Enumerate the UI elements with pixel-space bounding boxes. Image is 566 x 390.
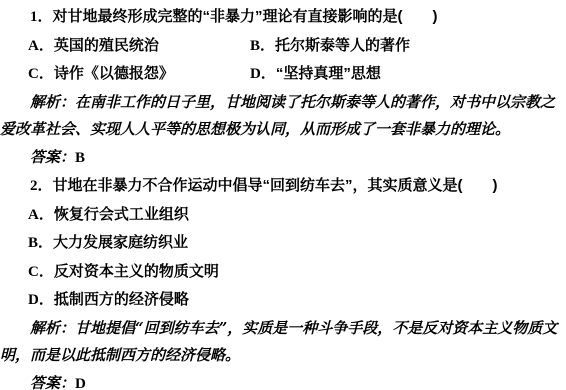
option-b-text: 托尔斯泰等人的著作 [275, 37, 410, 54]
question-1-option-c: C．诗作《以德报怨》 [28, 60, 250, 89]
option-d-label: D． [28, 292, 54, 308]
answer-label: 答案： [30, 148, 75, 166]
option-a-text: 英国的殖民统治 [54, 37, 159, 54]
question-2-option-d: D．抵制西方的经济侵略 [0, 286, 566, 315]
option-a-label: A． [28, 38, 54, 54]
question-2-option-a: A．恢复行会式工业组织 [0, 201, 566, 230]
question-2: 2．甘地在非暴力不合作运动中倡导“回到纺车去”，其实质意义是( ) A．恢复行会… [0, 172, 566, 390]
option-c-label: C． [28, 66, 54, 82]
option-a-text: 恢复行会式工业组织 [54, 206, 189, 223]
question-2-option-c: C．反对资本主义的物质文明 [0, 258, 566, 287]
question-2-stem-text: 甘地在非暴力不合作运动中倡导“回到纺车去”，其实质意义是( ) [53, 177, 498, 194]
question-2-options: A．恢复行会式工业组织 B．大力发展家庭纺织业 C．反对资本主义的物质文明 D．… [0, 201, 566, 315]
answer-letter: D [75, 376, 86, 390]
option-c-text: 反对资本主义的物质文明 [54, 263, 219, 280]
question-1-analysis: 解析：在南非工作的日子里，甘地阅读了托尔斯泰等人的著作，对书中以宗教之爱改革社会… [0, 89, 566, 144]
analysis-text: 甘地提倡“回到纺车去”，实质是一种斗争手段，不是反对资本主义物质文明，而是以此抵… [0, 319, 557, 365]
option-d-text: 抵制西方的经济侵略 [54, 291, 189, 308]
option-d-label: D． [250, 66, 276, 82]
question-1-stem-text: 对甘地最终形成完整的“非暴力”理论有直接影响的是( ) [53, 8, 438, 25]
analysis-label: 解析： [30, 319, 75, 337]
answer-label: 答案： [30, 374, 75, 390]
question-1-option-d: D．“坚持真理”思想 [250, 60, 566, 89]
question-2-stem: 2．甘地在非暴力不合作运动中倡导“回到纺车去”，其实质意义是( ) [0, 172, 566, 201]
option-c-label: C． [28, 264, 54, 280]
question-2-number: 2． [30, 178, 53, 194]
question-1: 1．对甘地最终形成完整的“非暴力”理论有直接影响的是( ) A．英国的殖民统治 … [0, 3, 566, 172]
option-b-label: B． [28, 235, 53, 251]
question-2-analysis: 解析：甘地提倡“回到纺车去”，实质是一种斗争手段，不是反对资本主义物质文明，而是… [0, 315, 566, 370]
question-1-number: 1． [30, 9, 53, 25]
option-b-text: 大力发展家庭纺织业 [53, 234, 188, 251]
question-1-answer: 答案：B [0, 144, 566, 173]
question-1-option-a: A．英国的殖民统治 [28, 32, 250, 61]
option-a-label: A． [28, 207, 54, 223]
question-1-options: A．英国的殖民统治 B．托尔斯泰等人的著作 C．诗作《以德报怨》 D．“坚持真理… [0, 32, 566, 89]
option-d-text: “坚持真理”思想 [276, 65, 381, 82]
question-1-stem: 1．对甘地最终形成完整的“非暴力”理论有直接影响的是( ) [0, 3, 566, 32]
worksheet-page: 1．对甘地最终形成完整的“非暴力”理论有直接影响的是( ) A．英国的殖民统治 … [0, 3, 566, 390]
answer-letter: B [75, 150, 85, 166]
option-c-text: 诗作《以德报怨》 [54, 65, 174, 82]
option-b-label: B． [250, 38, 275, 54]
question-2-option-b: B．大力发展家庭纺织业 [0, 229, 566, 258]
analysis-label: 解析： [30, 93, 75, 111]
analysis-text: 在南非工作的日子里，甘地阅读了托尔斯泰等人的著作，对书中以宗教之爱改革社会、实现… [0, 93, 555, 139]
question-1-option-b: B．托尔斯泰等人的著作 [250, 32, 566, 61]
question-2-answer: 答案：D [0, 370, 566, 390]
